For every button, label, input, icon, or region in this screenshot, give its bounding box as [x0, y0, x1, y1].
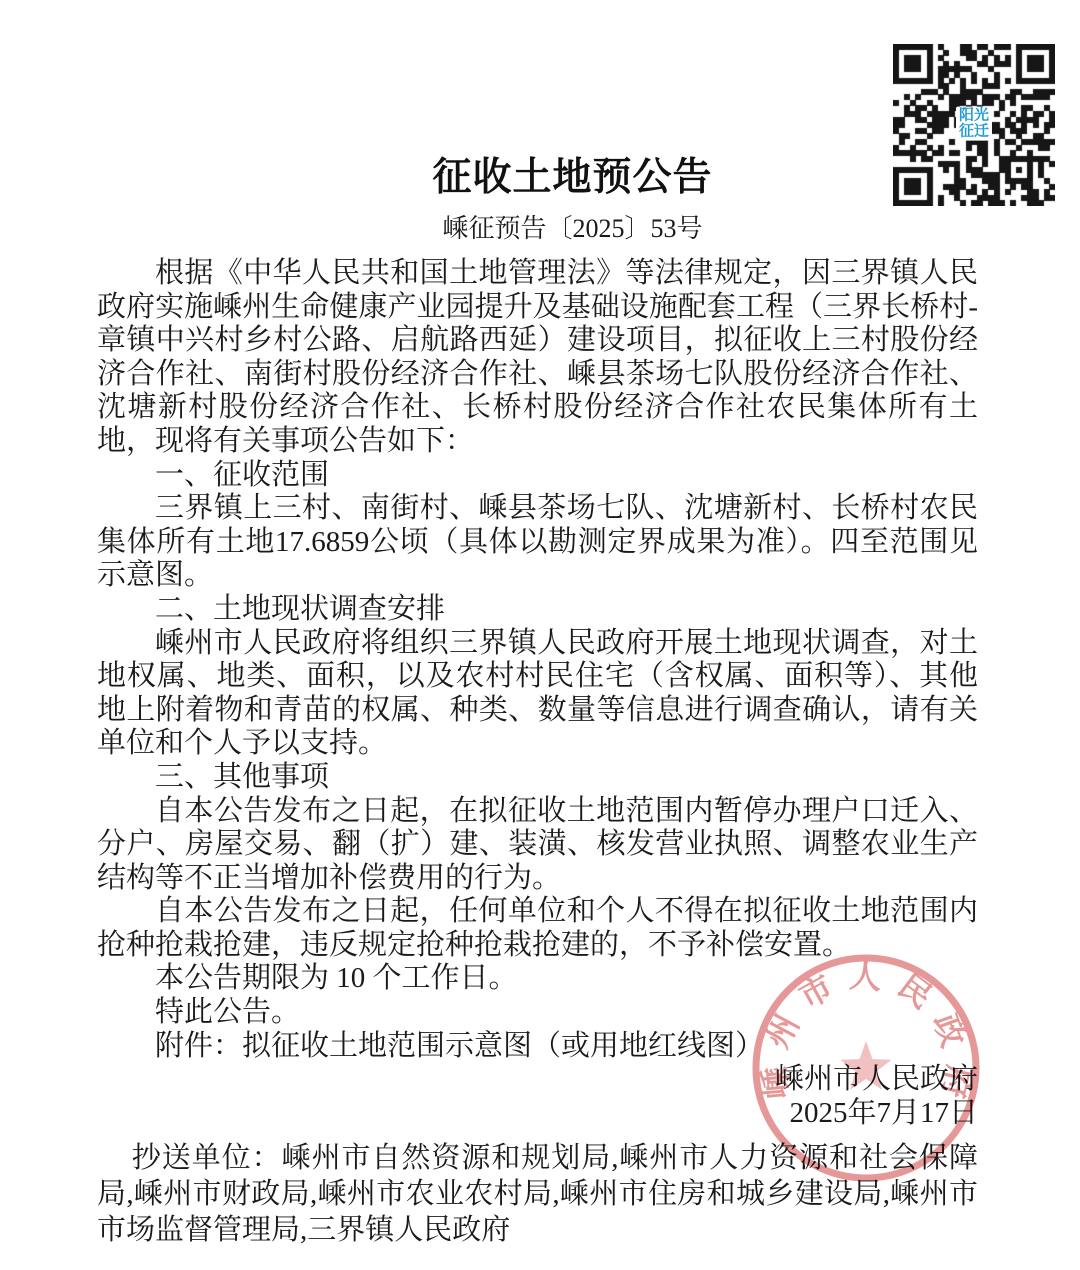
- signature-date: 2025年7月17日: [97, 1097, 978, 1131]
- document-page: { "page": { "title": "征收土地预公告", "doc_no"…: [0, 0, 1080, 1270]
- document-number: 嵊征预告〔2025〕53号: [97, 208, 978, 245]
- hereby-announced-line: 特此公告。: [97, 996, 978, 1030]
- qr-label-line1: 阳光: [959, 108, 989, 124]
- notice-period-line: 本公告期限为 10 个工作日。: [97, 962, 978, 996]
- document-title: 征收土地预公告: [97, 146, 978, 202]
- section-3-paragraph-2: 自本公告发布之日起，任何单位和个人不得在拟征收土地范围内抢种抢栽抢建，违反规定抢…: [97, 895, 978, 962]
- attachment-line: 附件：拟征收土地范围示意图（或用地红线图）: [97, 1030, 978, 1064]
- section-2-paragraph: 嵊州市人民政府将组织三界镇人民政府开展土地现状调查，对土地权属、地类、面积，以及…: [97, 627, 978, 761]
- section-1-heading: 一、征收范围: [97, 459, 978, 493]
- section-2-heading: 二、土地现状调查安排: [97, 593, 978, 627]
- section-3-paragraph-1: 自本公告发布之日起，在拟征收土地范围内暂停办理户口迁入、分户、房屋交易、翻（扩）…: [97, 795, 978, 896]
- qr-label-line2: 征迁: [959, 124, 989, 140]
- document-body: 根据《中华人民共和国土地管理法》等法律规定，因三界镇人民政府实施嵊州生命健康产业…: [97, 257, 978, 1063]
- signature-block: 嵊州市人民政府 2025年7月17日: [97, 1063, 978, 1130]
- intro-paragraph: 根据《中华人民共和国土地管理法》等法律规定，因三界镇人民政府实施嵊州生命健康产业…: [97, 257, 978, 459]
- qr-center-label: 阳光 征迁: [956, 107, 992, 141]
- section-1-paragraph: 三界镇上三村、南街村、嵊县茶场七队、沈塘新村、长桥村农民集体所有土地17.685…: [97, 492, 978, 593]
- signature-authority: 嵊州市人民政府: [97, 1063, 978, 1097]
- cc-paragraph: 抄送单位：嵊州市自然资源和规划局,嵊州市人力资源和社会保障局,嵊州市财政局,嵊州…: [97, 1140, 978, 1248]
- section-3-heading: 三、其他事项: [97, 761, 978, 795]
- document-content: 征收土地预公告 嵊征预告〔2025〕53号 根据《中华人民共和国土地管理法》等法…: [97, 146, 978, 1248]
